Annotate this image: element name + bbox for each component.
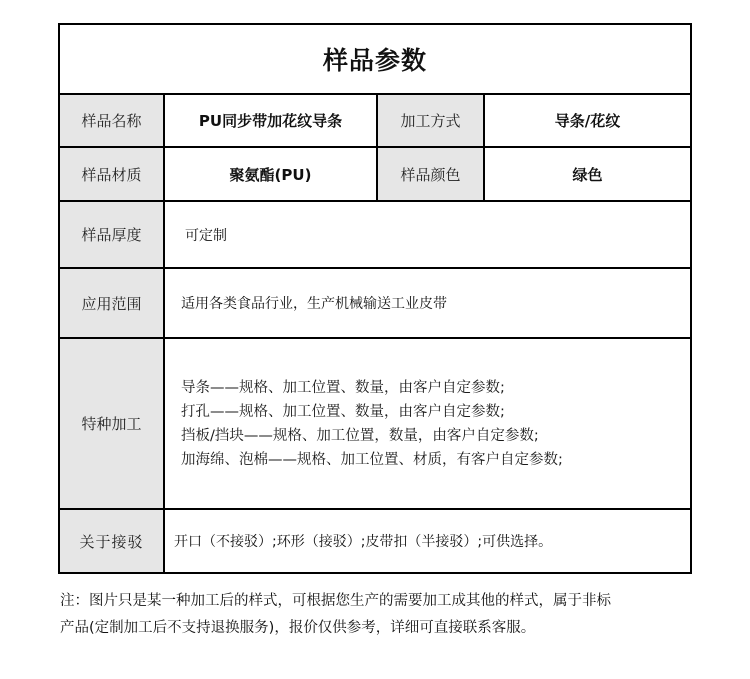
label-splicing: 关于接驳 <box>60 510 165 572</box>
label-sample-material: 样品材质 <box>60 148 165 200</box>
special-line-4: 加海绵、泡棉——规格、加工位置、材质，有客户自定参数; <box>181 448 563 472</box>
value-sample-thickness: 可定制 <box>165 202 690 267</box>
value-sample-material: 聚氨酯(PU) <box>165 148 378 200</box>
value-application-scope: 适用各类食品行业，生产机械输送工业皮带 <box>165 269 690 337</box>
label-sample-thickness: 样品厚度 <box>60 202 165 267</box>
footnote: 注：图片只是某一种加工后的样式，可根据您生产的需要加工成其他的样式，属于非标 产… <box>60 588 700 642</box>
table-row-application: 应用范围 适用各类食品行业，生产机械输送工业皮带 <box>60 269 690 339</box>
value-process-method: 导条/花纹 <box>485 95 690 146</box>
label-sample-name: 样品名称 <box>60 95 165 146</box>
table-row-special-processing: 特种加工 导条——规格、加工位置、数量，由客户自定参数; 打孔——规格、加工位置… <box>60 339 690 510</box>
value-splicing: 开口（不接驳）;环形（接驳）;皮带扣（半接驳）;可供选择。 <box>165 510 690 572</box>
value-special-processing: 导条——规格、加工位置、数量，由客户自定参数; 打孔——规格、加工位置、数量，由… <box>165 339 690 508</box>
sample-parameters-table: 样品参数 样品名称 PU同步带加花纹导条 加工方式 导条/花纹 样品材质 聚氨酯… <box>58 23 692 574</box>
table-row-splicing: 关于接驳 开口（不接驳）;环形（接驳）;皮带扣（半接驳）;可供选择。 <box>60 510 690 572</box>
label-sample-color: 样品颜色 <box>378 148 485 200</box>
special-line-3: 挡板/挡块——规格、加工位置，数量，由客户自定参数; <box>181 424 539 448</box>
label-process-method: 加工方式 <box>378 95 485 146</box>
table-title: 样品参数 <box>60 25 690 93</box>
label-special-processing: 特种加工 <box>60 339 165 508</box>
footnote-line-2: 产品(定制加工后不支持退换服务)，报价仅供参考，详细可直接联系客服。 <box>60 615 700 642</box>
table-row-thickness: 样品厚度 可定制 <box>60 202 690 269</box>
special-line-2: 打孔——规格、加工位置、数量，由客户自定参数; <box>181 400 505 424</box>
table-title-row: 样品参数 <box>60 25 690 95</box>
footnote-line-1: 注：图片只是某一种加工后的样式，可根据您生产的需要加工成其他的样式，属于非标 <box>60 588 700 615</box>
special-line-1: 导条——规格、加工位置、数量，由客户自定参数; <box>181 376 505 400</box>
value-sample-color: 绿色 <box>485 148 690 200</box>
label-application-scope: 应用范围 <box>60 269 165 337</box>
table-row-material: 样品材质 聚氨酯(PU) 样品颜色 绿色 <box>60 148 690 202</box>
value-sample-name: PU同步带加花纹导条 <box>165 95 378 146</box>
table-row-name: 样品名称 PU同步带加花纹导条 加工方式 导条/花纹 <box>60 95 690 148</box>
